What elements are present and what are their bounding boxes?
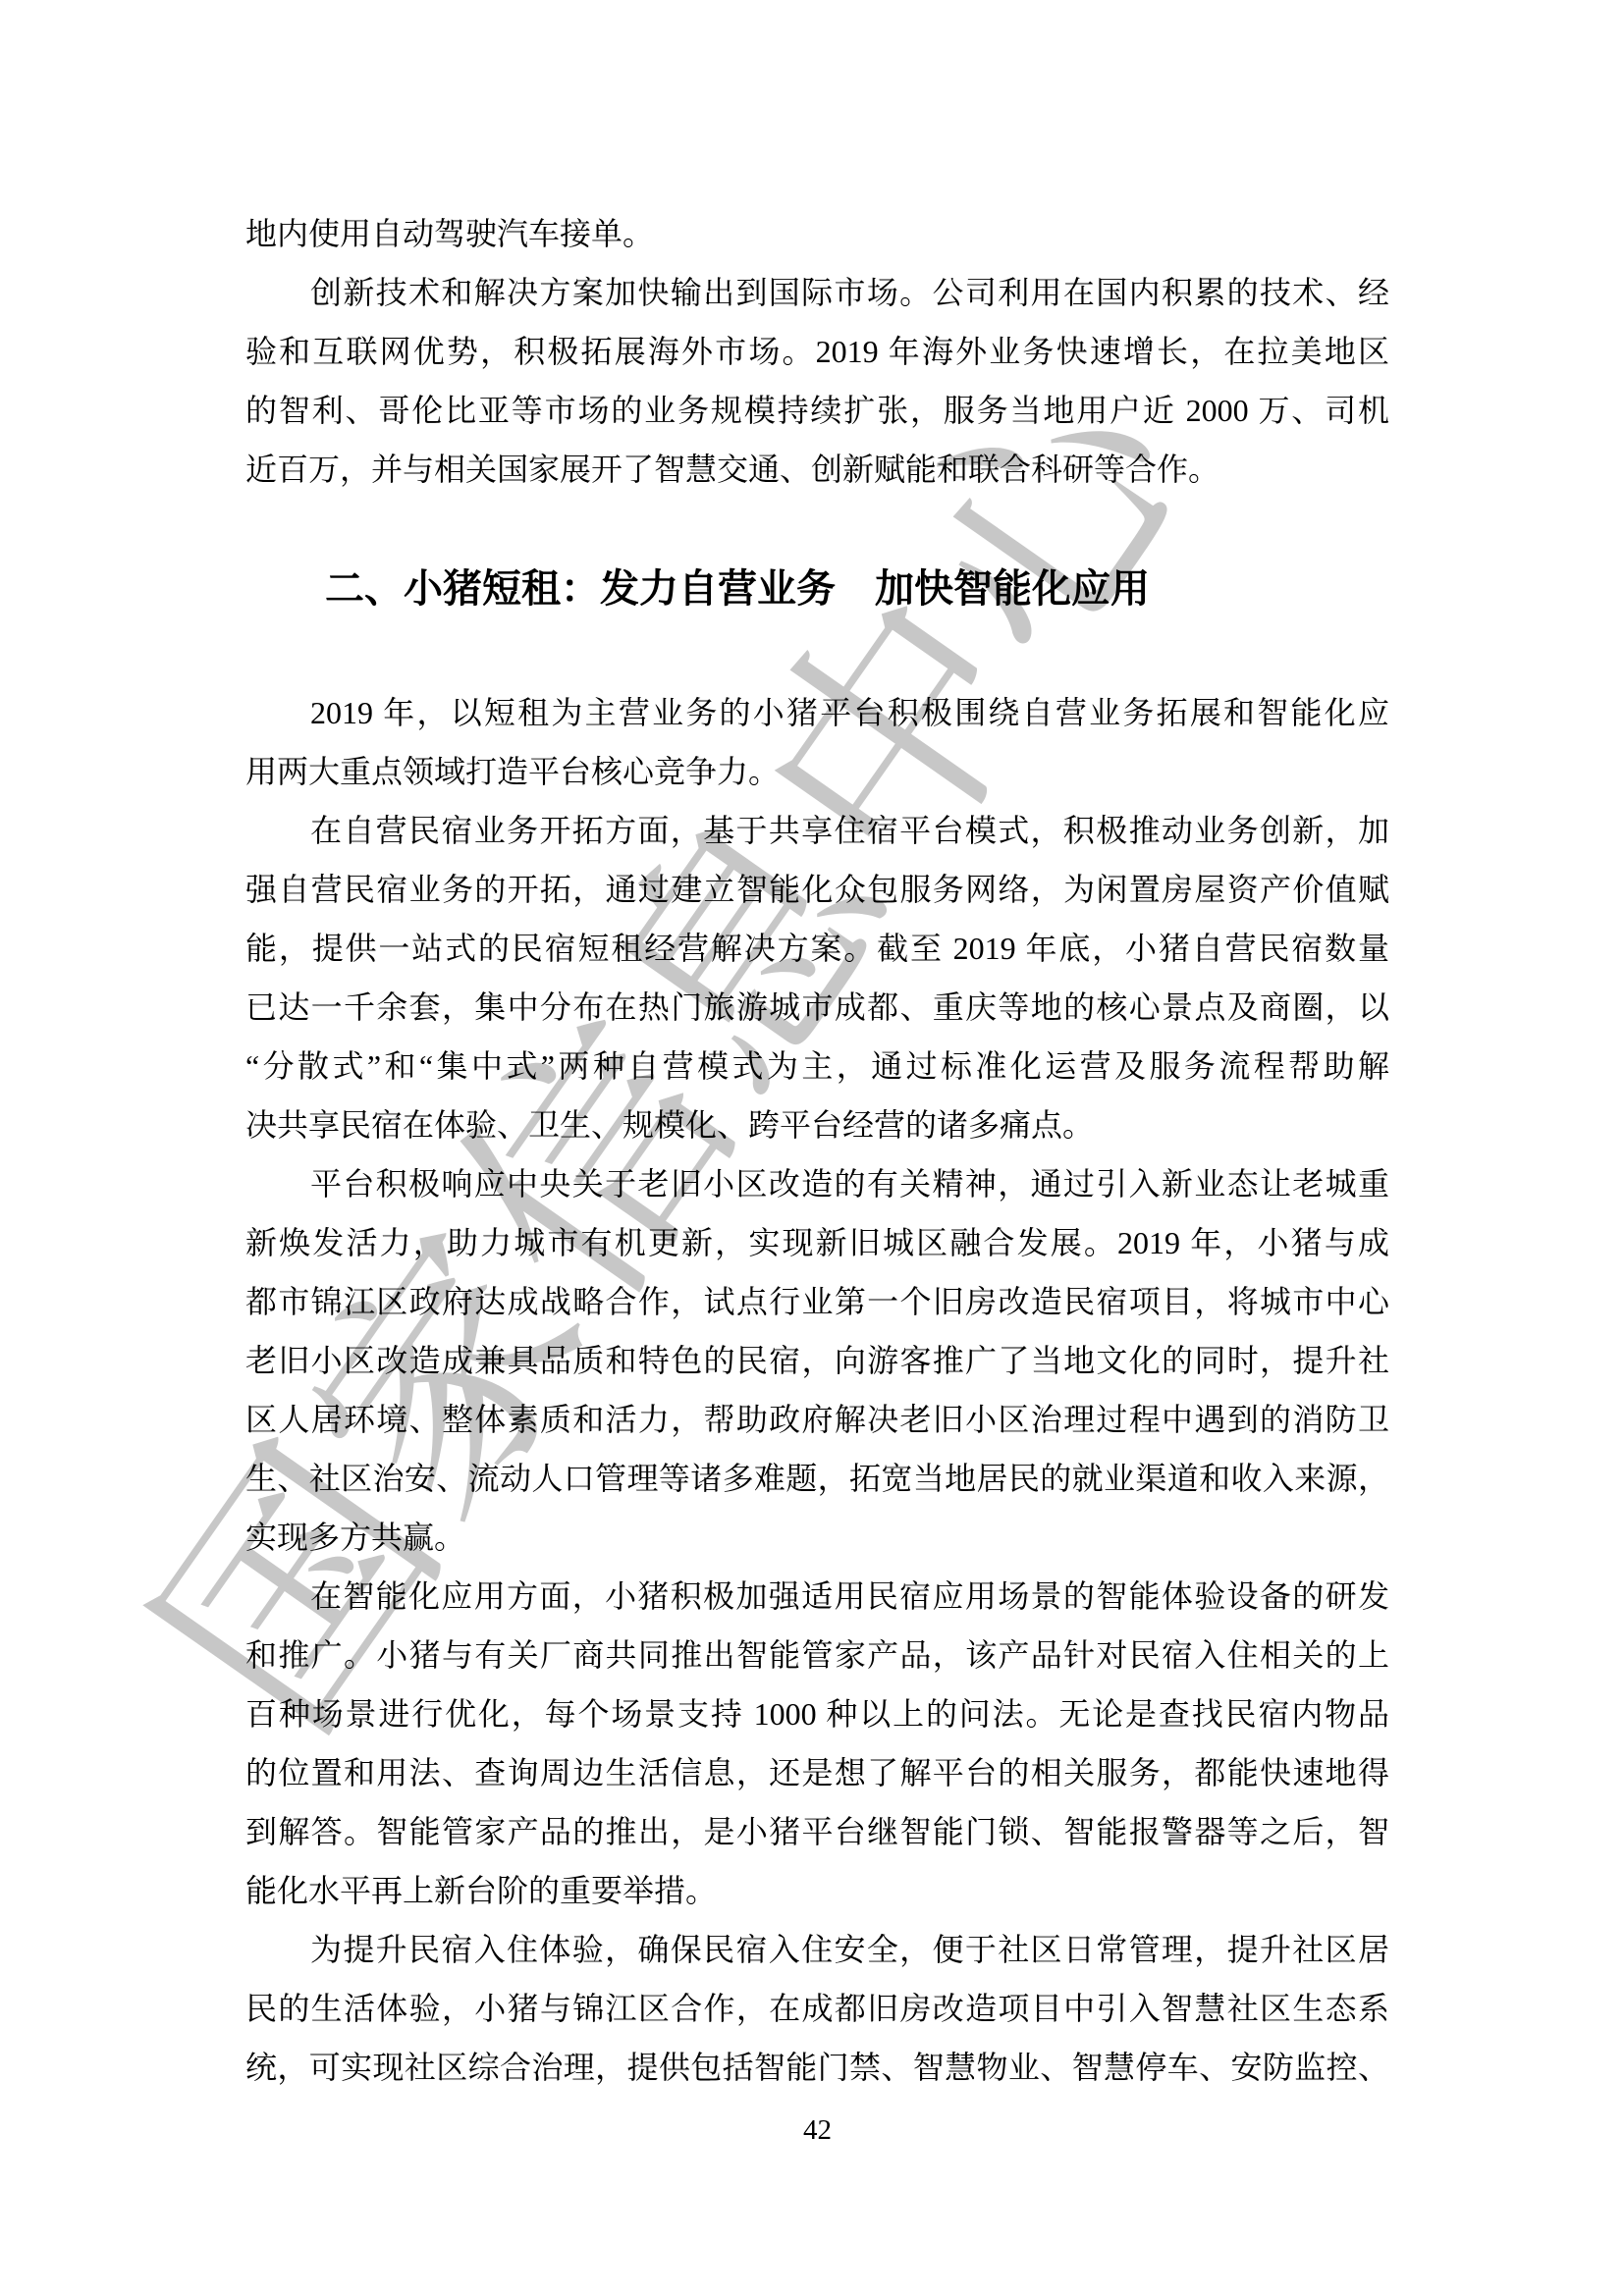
page-number: 42	[245, 2110, 1389, 2150]
paragraph-line: 创新技术和解决方案加快输出到国际市场。公司利用在国内积累的技术、经	[245, 263, 1389, 322]
paragraph-line: 老旧小区改造成兼具品质和特色的民宿，向游客推广了当地文化的同时，提升社	[245, 1331, 1389, 1390]
paragraph-line: 区人居环境、整体素质和活力，帮助政府解决老旧小区治理过程中遇到的消防卫	[245, 1390, 1389, 1449]
paragraph-line: 能，提供一站式的民宿短租经营解决方案。截至 2019 年底，小猪自营民宿数量	[245, 919, 1389, 978]
paragraph-line: 近百万，并与相关国家展开了智慧交通、创新赋能和联合科研等合作。	[245, 440, 1389, 499]
paragraph-line: 生、社区治安、流动人口管理等诸多难题，拓宽当地居民的就业渠道和收入来源，	[245, 1449, 1389, 1508]
paragraph-line: 用两大重点领域打造平台核心竞争力。	[245, 742, 1389, 801]
paragraph-line: 强自营民宿业务的开拓，通过建立智能化众包服务网络，为闲置房屋资产价值赋	[245, 860, 1389, 919]
paragraph-line: 的智利、哥伦比亚等市场的业务规模持续扩张，服务当地用户近 2000 万、司机	[245, 381, 1389, 440]
paragraph-line: 地内使用自动驾驶汽车接单。	[245, 204, 1389, 263]
paragraph-line: 为提升民宿入住体验，确保民宿入住安全，便于社区日常管理，提升社区居	[245, 1920, 1389, 1979]
paragraph-line: 已达一千余套，集中分布在热门旅游城市成都、重庆等地的核心景点及商圈，以	[245, 978, 1389, 1037]
paragraph-line: 在自营民宿业务开拓方面，基于共享住宿平台模式，积极推动业务创新，加	[245, 801, 1389, 860]
paragraph-line: 百种场景进行优化，每个场景支持 1000 种以上的问法。无论是查找民宿内物品	[245, 1684, 1389, 1743]
section-heading: 二、小猪短租：发力自营业务 加快智能化应用	[245, 560, 1389, 618]
paragraph-line: 都市锦江区政府达成战略合作，试点行业第一个旧房改造民宿项目，将城市中心	[245, 1272, 1389, 1331]
paragraph-line: “分散式”和“集中式”两种自营模式为主，通过标准化运营及服务流程帮助解	[245, 1037, 1389, 1095]
paragraph-line: 平台积极响应中央关于老旧小区改造的有关精神，通过引入新业态让老城重	[245, 1154, 1389, 1213]
paragraph-line: 实现多方共赢。	[245, 1508, 1389, 1567]
paragraph-line: 的位置和用法、查询周边生活信息，还是想了解平台的相关服务，都能快速地得	[245, 1743, 1389, 1802]
page-content: 地内使用自动驾驶汽车接单。 创新技术和解决方案加快输出到国际市场。公司利用在国内…	[245, 204, 1389, 2097]
paragraph-line: 能化水平再上新台阶的重要举措。	[245, 1861, 1389, 1920]
paragraph-line: 2019 年，以短租为主营业务的小猪平台积极围绕自营业务拓展和智能化应	[245, 683, 1389, 742]
paragraph-line: 和推广。小猪与有关厂商共同推出智能管家产品，该产品针对民宿入住相关的上	[245, 1626, 1389, 1684]
paragraph-line: 到解答。智能管家产品的推出，是小猪平台继智能门锁、智能报警器等之后，智	[245, 1802, 1389, 1861]
paragraph-line: 民的生活体验，小猪与锦江区合作，在成都旧房改造项目中引入智慧社区生态系	[245, 1979, 1389, 2038]
paragraph-line: 在智能化应用方面，小猪积极加强适用民宿应用场景的智能体验设备的研发	[245, 1567, 1389, 1626]
paragraph-line: 统，可实现社区综合治理，提供包括智能门禁、智慧物业、智慧停车、安防监控、	[245, 2038, 1389, 2097]
paragraph-line: 验和互联网优势，积极拓展海外市场。2019 年海外业务快速增长，在拉美地区	[245, 322, 1389, 381]
paragraph-line: 新焕发活力，助力城市有机更新，实现新旧城区融合发展。2019 年，小猪与成	[245, 1213, 1389, 1272]
document-page: 国家信息中心 地内使用自动驾驶汽车接单。 创新技术和解决方案加快输出到国际市场。…	[0, 0, 1624, 2296]
paragraph-line: 决共享民宿在体验、卫生、规模化、跨平台经营的诸多痛点。	[245, 1095, 1389, 1154]
